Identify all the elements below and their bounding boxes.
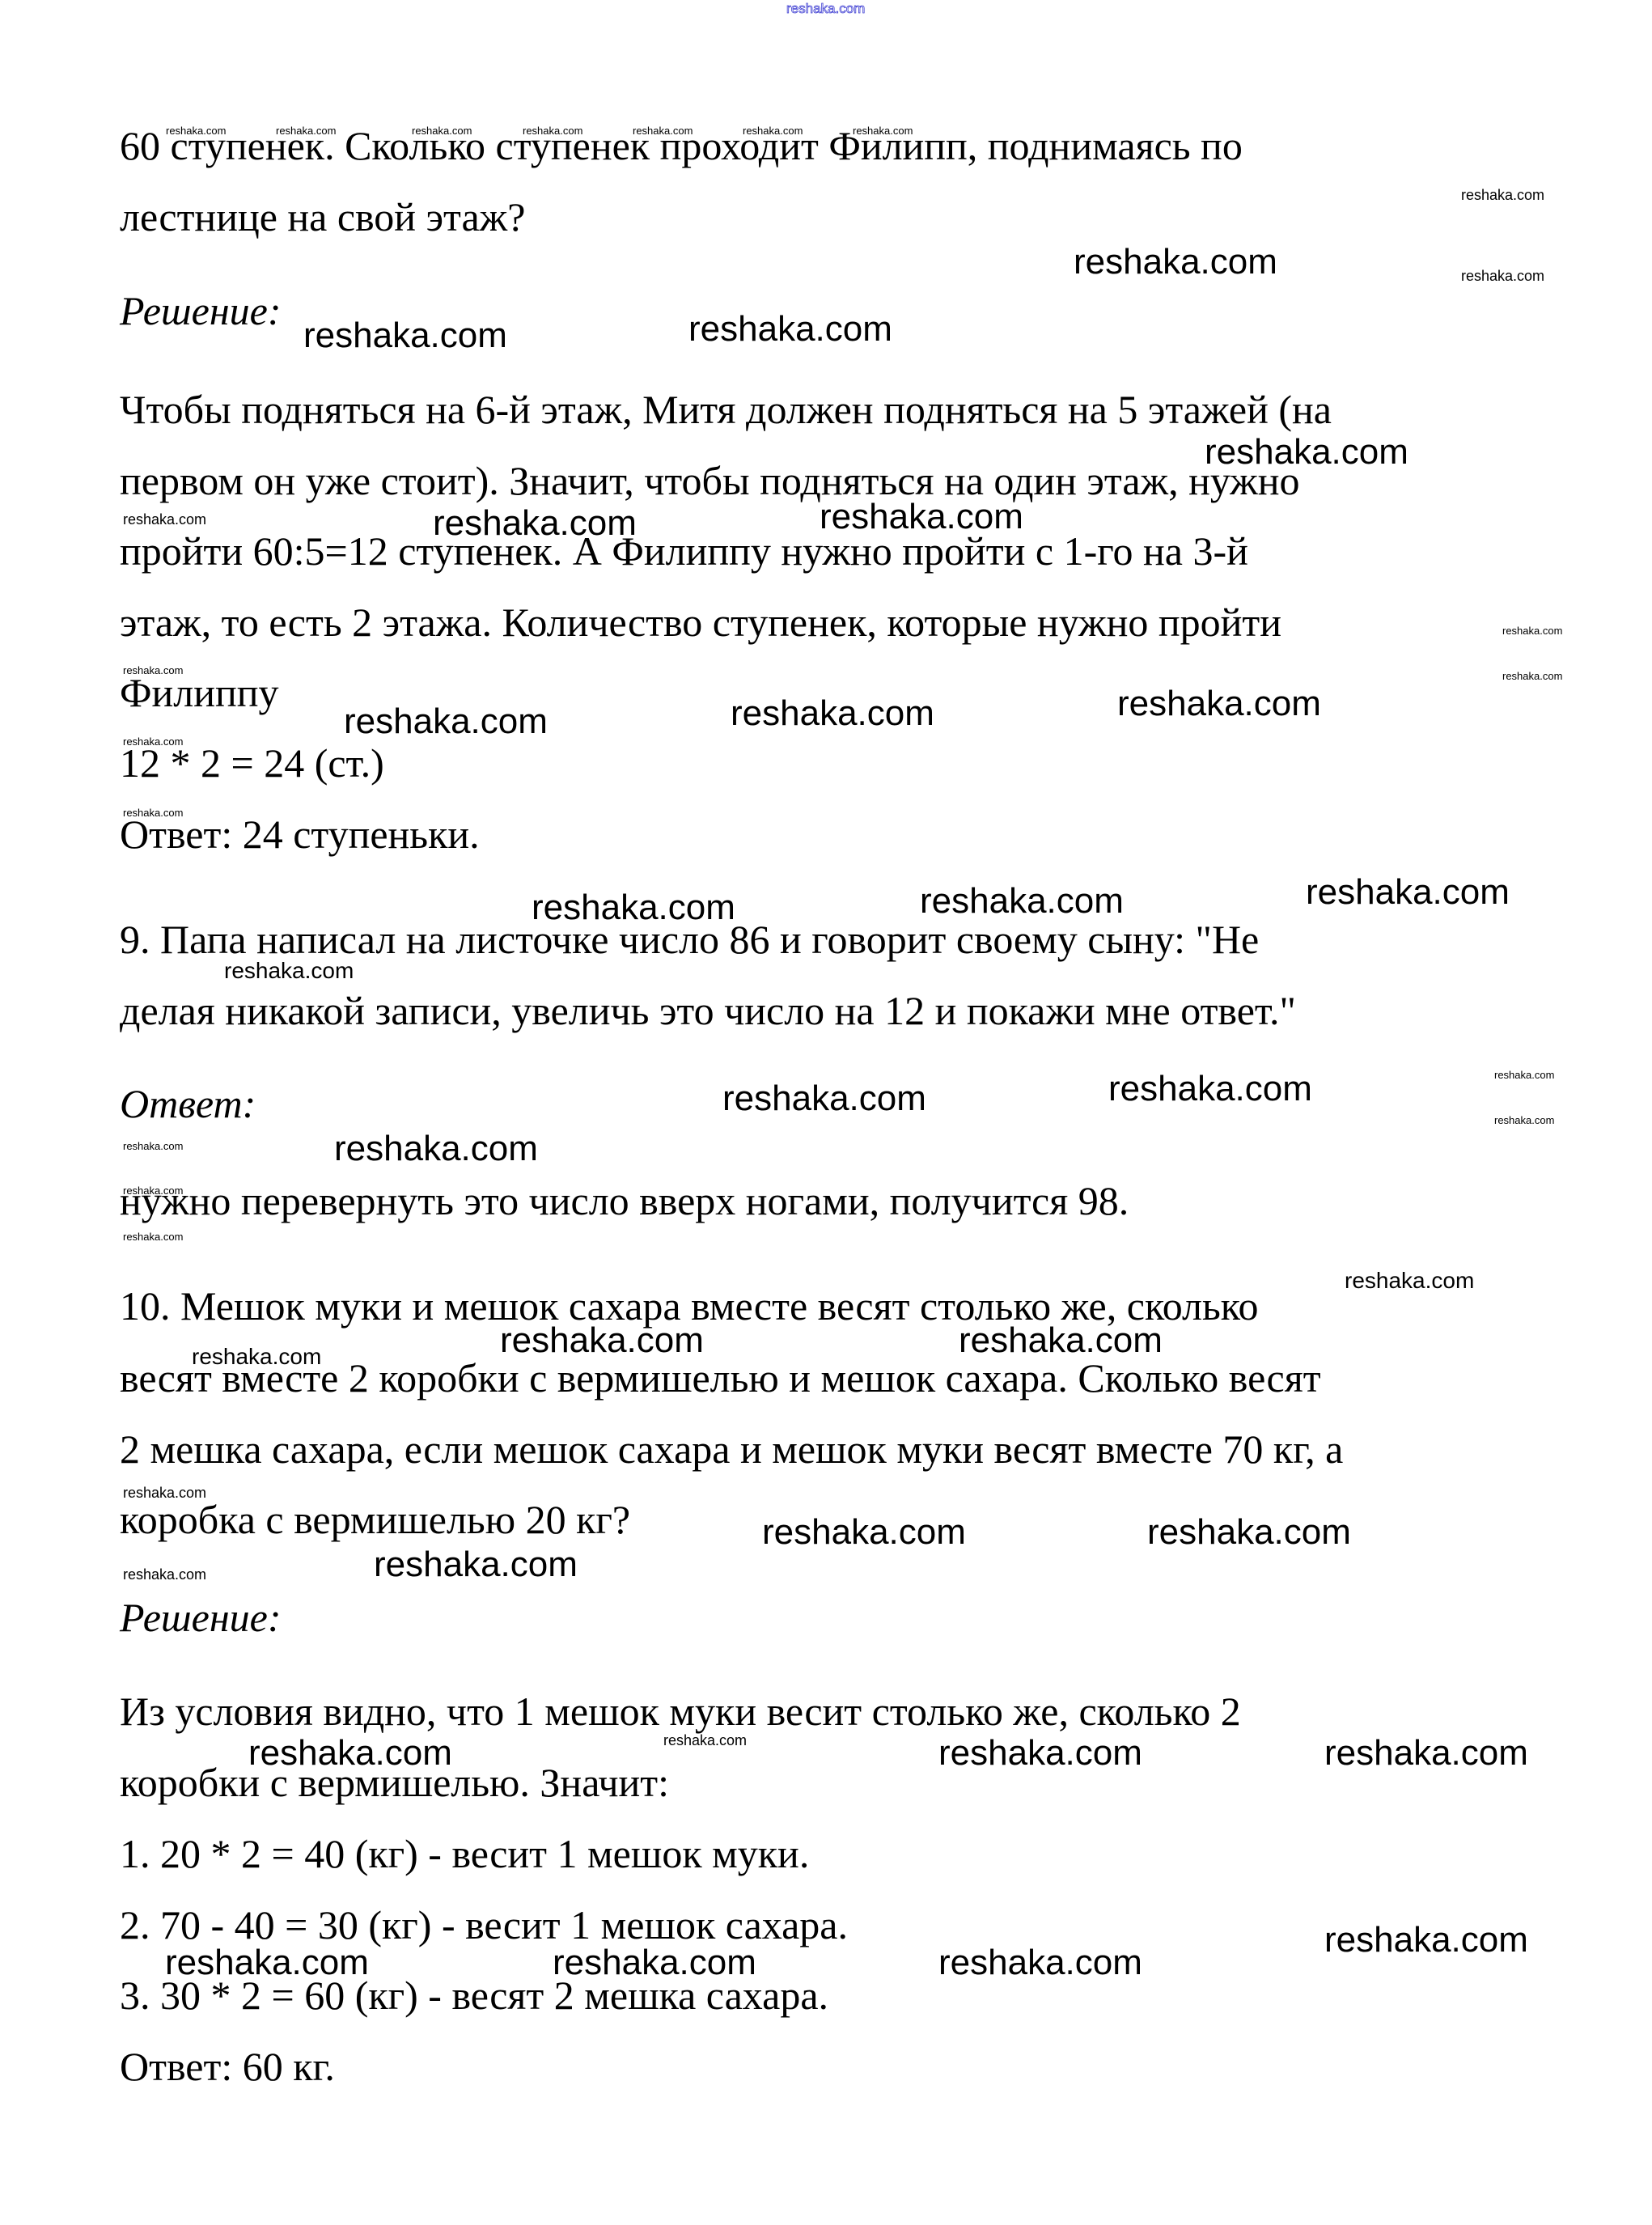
watermark: reshaka.com [412, 125, 472, 136]
solution-text-line-1: Чтобы подняться на 6-й этаж, Митя должен… [120, 385, 1332, 434]
watermark: reshaka.com [1117, 686, 1321, 722]
problem-8-text-line-2: лестнице на свой этаж? [120, 193, 525, 241]
problem-9-text-line-2: делая никакой записи, увеличь это число … [120, 986, 1296, 1035]
watermark: reshaka.com [123, 1485, 206, 1500]
watermark: reshaka.com [1502, 671, 1562, 681]
watermark: reshaka.com [633, 125, 693, 136]
watermark: reshaka.com [938, 1945, 1142, 1981]
watermark: reshaka.com [1108, 1071, 1312, 1107]
answer-heading: Ответ: [120, 1079, 256, 1128]
watermark: reshaka.com [688, 311, 892, 347]
watermark: reshaka.com [123, 1231, 183, 1242]
watermark: reshaka.com [1461, 188, 1544, 202]
watermark: reshaka.com [500, 1323, 704, 1358]
watermark: reshaka.com [762, 1515, 966, 1550]
watermark: reshaka.com [959, 1323, 1163, 1358]
solution-text-line-3: пройти 60:5=12 ступенек. А Филиппу нужно… [120, 527, 1248, 575]
watermark: reshaka.com [1306, 875, 1510, 910]
watermark: reshaka.com [334, 1131, 538, 1167]
watermark: reshaka.com [820, 499, 1023, 535]
watermark: reshaka.com [920, 884, 1124, 919]
watermark: reshaka.com [1494, 1070, 1554, 1080]
watermark: reshaka.com [166, 125, 226, 136]
watermark: reshaka.com [123, 1567, 206, 1582]
watermark: reshaka.com [123, 665, 183, 676]
watermark: reshaka.com [123, 736, 183, 747]
solution-heading-2: Решение: [120, 1593, 282, 1642]
watermark: reshaka.com [722, 1081, 926, 1117]
watermark: reshaka.com [165, 1945, 369, 1981]
watermark: reshaka.com [192, 1346, 321, 1368]
watermark: reshaka.com [1324, 1735, 1528, 1771]
watermark: reshaka.com [248, 1735, 452, 1771]
solution-heading: Решение: [120, 286, 282, 335]
watermark: reshaka.com [1502, 625, 1562, 636]
solution-2-text-line-1: Из условия видно, что 1 мешок муки весит… [120, 1687, 1241, 1735]
watermark: reshaka.com [1205, 434, 1408, 470]
problem-9-answer-text: нужно перевернуть это число вверх ногами… [120, 1176, 1129, 1225]
watermark: reshaka.com [1461, 269, 1544, 283]
watermark: reshaka.com [1074, 244, 1277, 280]
watermark: reshaka.com [123, 1185, 183, 1196]
watermark: reshaka.com [224, 960, 354, 982]
solution-text-line-4: этаж, то есть 2 этажа. Количество ступен… [120, 598, 1281, 646]
problem-10-text-line-4: коробка с вермишелью 20 кг? [120, 1495, 630, 1544]
watermark: reshaka.com [1147, 1515, 1351, 1550]
watermark: reshaka.com [344, 704, 548, 740]
watermark: reshaka.com [1345, 1269, 1474, 1292]
document-page: reshaka.com 60 ступенек. Сколько ступене… [0, 0, 1652, 2225]
watermark: reshaka.com [938, 1735, 1142, 1771]
watermark: reshaka.com [731, 696, 934, 731]
solution-text-line-2: первом он уже стоит). Значит, чтобы подн… [120, 456, 1299, 505]
watermark: reshaka.com [743, 125, 803, 136]
solution-step-1: 1. 20 * 2 = 40 (кг) - весит 1 мешок муки… [120, 1829, 809, 1878]
watermark: reshaka.com [303, 318, 507, 354]
watermark: reshaka.com [374, 1547, 578, 1583]
watermark: reshaka.com [553, 1945, 756, 1981]
watermark: reshaka.com [123, 1141, 183, 1151]
watermark: reshaka.com [663, 1733, 747, 1748]
watermark: reshaka.com [523, 125, 582, 136]
watermark: reshaka.com [433, 506, 637, 541]
watermark: reshaka.com [853, 125, 913, 136]
solution-step-2: 2. 70 - 40 = 30 (кг) - весит 1 мешок сах… [120, 1901, 848, 1949]
header-watermark: reshaka.com [786, 2, 865, 15]
problem-10-text-line-3: 2 мешка сахара, если мешок сахара и мешо… [120, 1425, 1343, 1473]
answer-line-2: Ответ: 60 кг. [120, 2042, 335, 2091]
watermark: reshaka.com [1324, 1922, 1528, 1958]
watermark: reshaka.com [1494, 1115, 1554, 1125]
watermark: reshaka.com [123, 512, 206, 527]
watermark: reshaka.com [276, 125, 336, 136]
watermark: reshaka.com [532, 890, 735, 926]
watermark: reshaka.com [123, 807, 183, 818]
